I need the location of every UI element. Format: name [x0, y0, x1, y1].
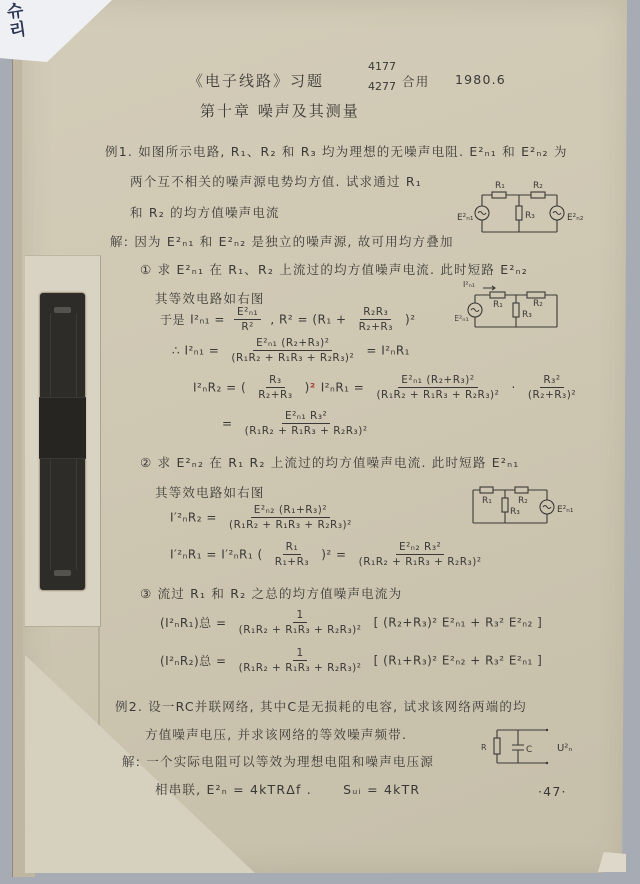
formula-rhs: [ (R₂+R₃)² E²ₙ₁ + R₃² E²ₙ₂ ] [374, 616, 543, 630]
formula-4: = E²ₙ₁ R₃²(R₁R₂ + R₁R₃ + R₂R₃)² [222, 410, 375, 437]
resistor-r2 [531, 192, 545, 198]
numerator: E²ₙ₁ (R₂+R₃)² [253, 337, 332, 351]
denominator: (R₂+R₃)² [525, 388, 579, 401]
fraction: E²ₙ₂ R₃²(R₁R₂ + R₁R₃ + R₂R₃)² [356, 541, 485, 568]
spectral-density-formula: Sᵤᵢ = 4kTR [343, 782, 420, 797]
example2-text: 设一RC并联网络, 其中C是无损耗的电容, 试求该网络两端的均 [148, 699, 527, 714]
terminal-top [546, 729, 548, 731]
binding-clip [40, 293, 85, 590]
usage-note: 合用 [402, 72, 429, 90]
numerator: R₂R₃ [360, 306, 391, 320]
label-r2: R₂ [533, 181, 543, 191]
resistor-r1 [480, 487, 493, 493]
label-r: R [481, 743, 487, 752]
page-number: ·47· [538, 784, 567, 799]
example2-label: 例2. [115, 699, 143, 714]
numerator: E²ₙ₂ R₃² [396, 541, 444, 555]
step3-heading: ③ 流过 R₁ 和 R₂ 之总的均方值噪声电流为 [140, 584, 402, 602]
chapter-title: 第十章 噪声及其测量 [200, 100, 360, 121]
numerator: 1 [293, 609, 306, 623]
label-r2: R₂ [533, 299, 543, 309]
denominator: (R₁R₂ + R₁R₃ + R₂R₃)² [226, 518, 355, 531]
circuit-diagram-1: R₁ R₂ R₃ E²ₙ₁ E²ₙ₂ [455, 178, 605, 242]
example1-label: 例1. [105, 144, 133, 159]
formula-3: I²ₙR₂ = ( R₃R₂+R₃ )² I²ₙR₁ = E²ₙ₁ (R₂+R₃… [193, 374, 583, 401]
label-r2: R₂ [518, 496, 528, 506]
label-r3: R₃ [510, 507, 520, 517]
label-r3: R₃ [525, 211, 535, 221]
example1-solution: 解: 因为 E²ₙ₁ 和 E²ₙ₂ 是独立的噪声源, 故可用均方叠加 [110, 232, 454, 250]
formula-lhs: I²ₙ₁ = [190, 313, 225, 327]
numerator: E²ₙ₁ (R₂+R₃)² [398, 374, 477, 388]
resistor-r1 [490, 292, 505, 298]
circuit-diagram-2: I²ₙ₁ R₁ R₂ R₃ E²ₙ₁ [455, 275, 575, 335]
fraction: E²ₙ₂ (R₁+R₃)²(R₁R₂ + R₁R₃ + R₂R₃)² [226, 504, 355, 531]
current-arrow-icon [483, 286, 495, 290]
step2-subheading: 其等效电路如右图 [155, 483, 265, 501]
formula-mid: I²ₙR₁ = [321, 381, 365, 395]
clip-band [39, 397, 86, 459]
label-source: E²ₙ₁ [557, 505, 574, 515]
fraction: R₃R₂+R₃ [255, 374, 295, 401]
fraction: 1(R₁R₂ + R₁R₃ + R₂R₃)² [236, 609, 365, 636]
label-source: E²ₙ₁ [455, 314, 469, 323]
resistor-r3 [513, 303, 519, 317]
example2-line4: 相串联, E²ₙ = 4kTRΔf . Sᵤᵢ = 4kTR [155, 780, 420, 798]
numerator: R₃² [540, 374, 563, 388]
formula-lhs: I²ₙR₂ = ( [193, 381, 246, 395]
label-source-left: E²ₙ₁ [457, 213, 474, 223]
formula-lhs: (I²ₙR₂)总 = [160, 654, 227, 668]
solution-text: 因为 E²ₙ₁ 和 E²ₙ₂ 是独立的噪声源, 故可用均方叠加 [134, 234, 453, 249]
course-code-bottom: 4277 [368, 80, 396, 93]
formula-prefix: 于是 [160, 313, 185, 327]
numerator: 1 [293, 647, 306, 661]
fraction: E²ₙ₁R² [234, 306, 261, 333]
denominator: R² [238, 320, 257, 333]
label-r1: R₁ [493, 300, 503, 310]
numerator: E²ₙ₁ [234, 306, 261, 320]
denominator: R₁+R₃ [272, 555, 312, 568]
formula-8: (I²ₙR₂)总 = 1(R₁R₂ + R₁R₃ + R₂R₃)² [ (R₁+… [160, 647, 542, 674]
label-source-right: E²ₙ₂ [567, 213, 584, 223]
date: 1980.6 [455, 72, 506, 87]
solution-label: 解: [122, 754, 141, 769]
formula-5: I′²ₙR₂ = E²ₙ₂ (R₁+R₃)²(R₁R₂ + R₁R₃ + R₂R… [170, 504, 359, 531]
denominator: (R₁R₂ + R₁R₃ + R₂R₃)² [228, 351, 357, 364]
fraction: E²ₙ₁ (R₂+R₃)²(R₁R₂ + R₁R₃ + R₂R₃)² [373, 374, 502, 401]
clip-slot-bottom [54, 570, 71, 576]
fraction: R₃²(R₂+R₃)² [525, 374, 579, 401]
example1-line2: 两个互不相关的噪声源电势均方值. 试求通过 R₁ [130, 172, 422, 190]
fraction: R₂R₃R₂+R₃ [356, 306, 396, 333]
formula-1: 于是 I²ₙ₁ = E²ₙ₁R² , R² = (R₁ + R₂R₃R₂+R₃ … [160, 306, 416, 333]
example1-text: 如图所示电路, R₁、R₂ 和 R₃ 均为理想的无噪声电阻. E²ₙ₁ 和 E²… [138, 144, 567, 159]
resistor-r [494, 738, 500, 754]
clip-slot-top [54, 307, 71, 313]
resistor-r1 [492, 192, 506, 198]
resistor-r2 [527, 292, 545, 298]
formula-6: I′²ₙR₁ = I′²ₙR₁ ( R₁R₁+R₃ )² = E²ₙ₂ R₃²(… [170, 541, 489, 568]
example2-line1: 例2. 设一RC并联网络, 其中C是无损耗的电容, 试求该网络两端的均 [115, 697, 527, 715]
denominator: (R₁R₂ + R₁R₃ + R₂R₃)² [236, 623, 365, 636]
denominator: (R₁R₂ + R₁R₃ + R₂R₃)² [242, 424, 371, 437]
formula-2: ∴ I²ₙ₁ = E²ₙ₁ (R₂+R₃)²(R₁R₂ + R₁R₃ + R₂R… [172, 337, 410, 364]
fraction: 1(R₁R₂ + R₁R₃ + R₂R₃)² [236, 647, 365, 674]
denominator: (R₁R₂ + R₁R₃ + R₂R₃)² [356, 555, 485, 568]
example1-line1: 例1. 如图所示电路, R₁、R₂ 和 R₃ 均为理想的无噪声电阻. E²ₙ₁ … [105, 142, 568, 160]
example1-line3: 和 R₂ 的均方值噪声电流 [130, 203, 280, 221]
fraction: E²ₙ₁ (R₂+R₃)²(R₁R₂ + R₁R₃ + R₂R₃)² [228, 337, 357, 364]
numerator: R₃ [266, 374, 285, 388]
fraction: E²ₙ₁ R₃²(R₁R₂ + R₁R₃ + R₂R₃)² [242, 410, 371, 437]
resistor-r3 [516, 206, 522, 220]
label-current: I²ₙ₁ [463, 280, 475, 289]
label-c: C [526, 745, 532, 755]
denominator: (R₁R₂ + R₁R₃ + R₂R₃)² [236, 661, 365, 674]
circuit-diagram-rc: R C U²ₙ [470, 722, 585, 772]
example2-solution: 解: 一个实际电阻可以等效为理想电阻和噪声电压源 [122, 752, 434, 770]
step1-subheading: 其等效电路如右图 [155, 289, 265, 307]
formula-rhs: = I²ₙR₁ [366, 344, 410, 358]
formula-lhs: = [222, 417, 233, 431]
formula-rhs: [ (R₁+R₃)² E²ₙ₂ + R₃² E²ₙ₁ ] [374, 654, 543, 668]
resistor-r3 [502, 498, 508, 512]
noise-voltage-formula: 相串联, E²ₙ = 4kTRΔf . [155, 782, 312, 797]
label-r1: R₁ [482, 496, 492, 506]
denominator: R₂+R₃ [356, 320, 396, 333]
numerator: R₁ [283, 541, 302, 555]
red-correction-exponent: ² [310, 381, 316, 395]
course-code-top: 4177 [368, 60, 396, 73]
formula-mid: , R² = (R₁ + [270, 313, 346, 327]
solution-text: 一个实际电阻可以等效为理想电阻和噪声电压源 [146, 754, 434, 769]
label-r3: R₃ [522, 310, 532, 320]
sticker-text: 슈리 [0, 0, 30, 41]
resistor-r2 [515, 487, 528, 493]
denominator: (R₁R₂ + R₁R₃ + R₂R₃)² [373, 388, 502, 401]
denominator: R₂+R₃ [255, 388, 295, 401]
formula-lhs: (I²ₙR₁)总 = [160, 616, 227, 630]
circuit-diagram-3: R₁ R₂ R₃ E²ₙ₁ [465, 480, 585, 535]
label-r1: R₁ [495, 181, 505, 191]
fraction: R₁R₁+R₃ [272, 541, 312, 568]
multiply-dot: · [511, 381, 515, 395]
formula-lhs: I′²ₙR₂ = [170, 511, 217, 525]
terminal-bottom [546, 762, 548, 764]
formula-lhs: I′²ₙR₁ = I′²ₙR₁ ( [170, 548, 263, 562]
example2-line2: 方值噪声电压, 并求该网络的等效噪声频带. [145, 725, 407, 743]
numerator: E²ₙ₂ (R₁+R₃)² [251, 504, 330, 518]
formula-7: (I²ₙR₁)总 = 1(R₁R₂ + R₁R₃ + R₂R₃)² [ (R₂+… [160, 609, 542, 636]
formula-lhs: ∴ I²ₙ₁ = [172, 344, 219, 358]
formula-suffix: )² [405, 313, 416, 327]
step2-heading: ② 求 E²ₙ₂ 在 R₁ R₂ 上流过的均方值噪声电流. 此时短路 E²ₙ₁ [140, 453, 519, 471]
document-title: 《电子线路》习题 [188, 70, 324, 91]
numerator: E²ₙ₁ R₃² [282, 410, 330, 424]
solution-label: 解: [110, 234, 129, 249]
formula-mid: )² = [321, 548, 346, 562]
label-output-voltage: U²ₙ [557, 743, 572, 754]
